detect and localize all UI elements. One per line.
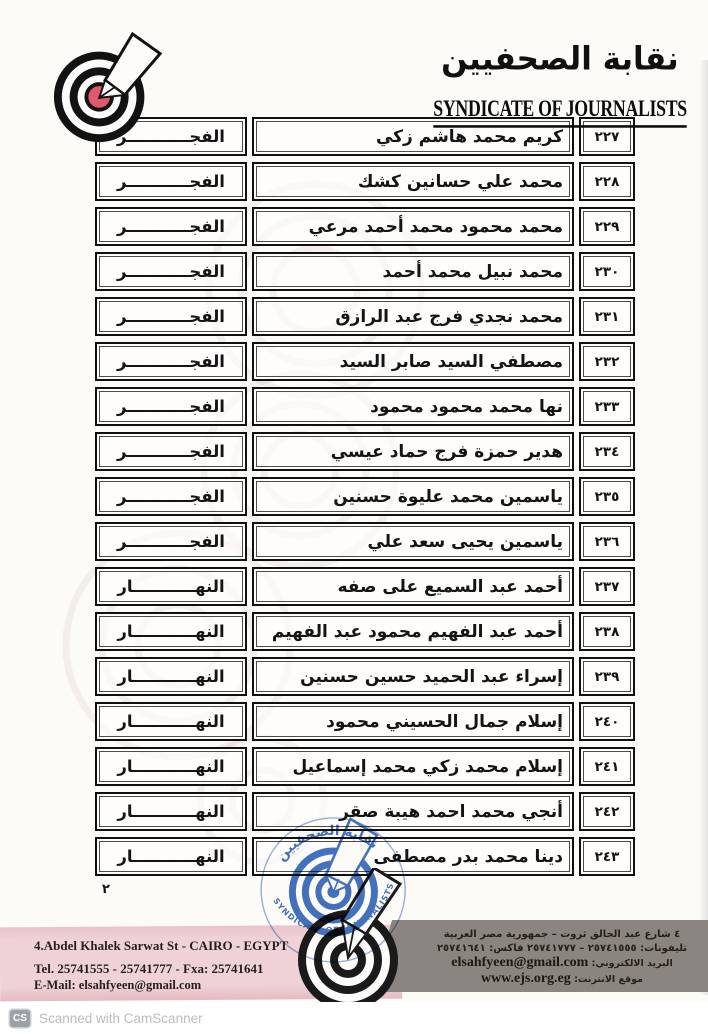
member-number-cell: ٢٣٨ [579,612,635,651]
member-name-cell: إسلام جمال الحسيني محمود [252,702,574,741]
members-table: ٢٢٧ كريم محمد هاشم زكي الفجـــــــــــر … [95,117,635,876]
member-newspaper-cell: الفجـــــــــــر [95,432,247,471]
member-number-cell: ٢٤١ [579,747,635,786]
footer-address-ar: ٤ شارع عبد الخالق ثروت – جمهورية مصر الع… [428,929,696,940]
member-number-cell: ٢٣٢ [579,342,635,381]
member-newspaper-cell: الفجـــــــــــر [95,477,247,516]
camscanner-label: Scanned with CamScanner [39,1011,203,1026]
member-name-cell: ياسمين يحيى سعد علي [252,522,574,561]
member-newspaper-cell: الفجـــــــــــر [95,162,247,201]
member-name-cell: محمد نبيل محمد أحمد [252,252,574,291]
table-row: ٢٣١ محمد نجدي فرج عبد الرازق الفجـــــــ… [95,297,635,336]
member-newspaper-cell: النهـــــــــــار [95,837,247,876]
member-name-cell: ياسمين محمد عليوة حسنين [252,477,574,516]
member-name-cell: محمد نجدي فرج عبد الرازق [252,297,574,336]
member-number-cell: ٢٣٠ [579,252,635,291]
member-name-cell: محمد علي حسانين كشك [252,162,574,201]
member-number-cell: ٢٣٤ [579,432,635,471]
member-newspaper-cell: النهـــــــــــار [95,792,247,831]
svg-text:نقابة الصحفيين: نقابة الصحفيين [270,816,383,866]
brand-english: SYNDICATE OF JOURNALISTS [433,97,687,128]
member-name-cell: مصطفي السيد صابر السيد [252,342,574,381]
member-newspaper-cell: النهـــــــــــار [95,657,247,696]
scan-edge-shadow [699,60,708,995]
footer-email-value: elsahfyeen@gmail.com [451,955,588,970]
member-number-cell: ٢٢٨ [579,162,635,201]
table-row: ٢٣٢ مصطفي السيد صابر السيد الفجـــــــــ… [95,342,635,381]
member-number-cell: ٢٣٧ [579,567,635,606]
table-row: ٢٣٣ نها محمد محمود محمود الفجـــــــــــ… [95,387,635,426]
member-newspaper-cell: النهـــــــــــار [95,747,247,786]
footer-arabic: ٤ شارع عبد الخالق ثروت – جمهورية مصر الع… [428,929,696,987]
syndicate-bullseye-pen-logo [50,32,168,150]
member-number-cell: ٢٢٩ [579,207,635,246]
member-newspaper-cell: الفجـــــــــــر [95,522,247,561]
member-number-cell: ٢٣١ [579,297,635,336]
stamp-arabic-text: نقابة الصحفيين [270,816,383,866]
member-name-cell: إسراء عبد الحميد حسين حسنين [252,657,574,696]
member-newspaper-cell: الفجـــــــــــر [95,297,247,336]
footer-site-ar: موقع الانترنت: www.ejs.org.eg [428,971,696,987]
footer-tel-ar: تليفونات: ٢٥٧٤١٥٥٥ – ٢٥٧٤١٧٧٧ فاكس: ٢٥٧٤… [428,943,696,954]
member-newspaper-cell: النهـــــــــــار [95,702,247,741]
table-row: ٢٤٠ إسلام جمال الحسيني محمود النهـــــــ… [95,702,635,741]
footer-email-ar: البريد الالكتروني: elsahfyeen@gmail.com [428,955,696,971]
footer-site-value: www.ejs.org.eg [481,971,571,986]
member-number-cell: ٢٤٠ [579,702,635,741]
member-name-cell: إسلام محمد زكي محمد إسماعيل [252,747,574,786]
table-row: ٢٤١ إسلام محمد زكي محمد إسماعيل النهــــ… [95,747,635,786]
member-number-cell: ٢٤٢ [579,792,635,831]
member-newspaper-cell: النهـــــــــــار [95,567,247,606]
member-newspaper-cell: الفجـــــــــــر [95,252,247,291]
brand-arabic: نقابة الصحفيين [428,41,692,77]
scanned-document-page: نقابة الصحفيين SYNDICATE OF JOURNALISTS … [0,0,708,1034]
table-row: ٢٣٦ ياسمين يحيى سعد علي الفجـــــــــــر [95,522,635,561]
table-row: ٢٣٧ أحمد عبد السميع على صفه النهــــــــ… [95,567,635,606]
camscanner-icon: CS [10,1010,30,1027]
member-newspaper-cell: النهـــــــــــار [95,612,247,651]
member-name-cell: أحمد عبد السميع على صفه [252,567,574,606]
table-row: ٢٣٩ إسراء عبد الحميد حسين حسنين النهــــ… [95,657,635,696]
table-row: ٢٢٨ محمد علي حسانين كشك الفجـــــــــــر [95,162,635,201]
member-newspaper-cell: الفجـــــــــــر [95,342,247,381]
syndicate-blue-stamp: نقابة الصحفيين SYNDICATE OF JOURNALISTS [246,802,420,976]
table-row: ٢٣٤ هدير حمزة فرج حماد عيسي الفجــــــــ… [95,432,635,471]
camscanner-strip: CS Scanned with CamScanner [0,1002,708,1034]
page-number: ٢ [102,882,110,897]
member-name-cell: محمد محمود محمد أحمد مرعي [252,207,574,246]
footer-site-label-ar: موقع الانترنت: [574,974,643,985]
member-number-cell: ٢٣٩ [579,657,635,696]
table-row: ٢٣٨ أحمد عبد الفهيم محمود عبد الفهيم الن… [95,612,635,651]
member-number-cell: ٢٣٦ [579,522,635,561]
table-row: ٢٣٥ ياسمين محمد عليوة حسنين الفجــــــــ… [95,477,635,516]
member-number-cell: ٢٣٥ [579,477,635,516]
table-row: ٢٣٠ محمد نبيل محمد أحمد الفجـــــــــــر [95,252,635,291]
brand-block: نقابة الصحفيين SYNDICATE OF JOURNALISTS [428,42,692,121]
member-number-cell: ٢٤٣ [579,837,635,876]
table-row: ٢٢٩ محمد محمود محمد أحمد مرعي الفجــــــ… [95,207,635,246]
member-number-cell: ٢٣٣ [579,387,635,426]
member-name-cell: أحمد عبد الفهيم محمود عبد الفهيم [252,612,574,651]
member-name-cell: نها محمد محمود محمود [252,387,574,426]
member-newspaper-cell: الفجـــــــــــر [95,387,247,426]
member-name-cell: هدير حمزة فرج حماد عيسي [252,432,574,471]
footer-email-label-ar: البريد الالكتروني: [592,958,673,969]
member-newspaper-cell: الفجـــــــــــر [95,207,247,246]
